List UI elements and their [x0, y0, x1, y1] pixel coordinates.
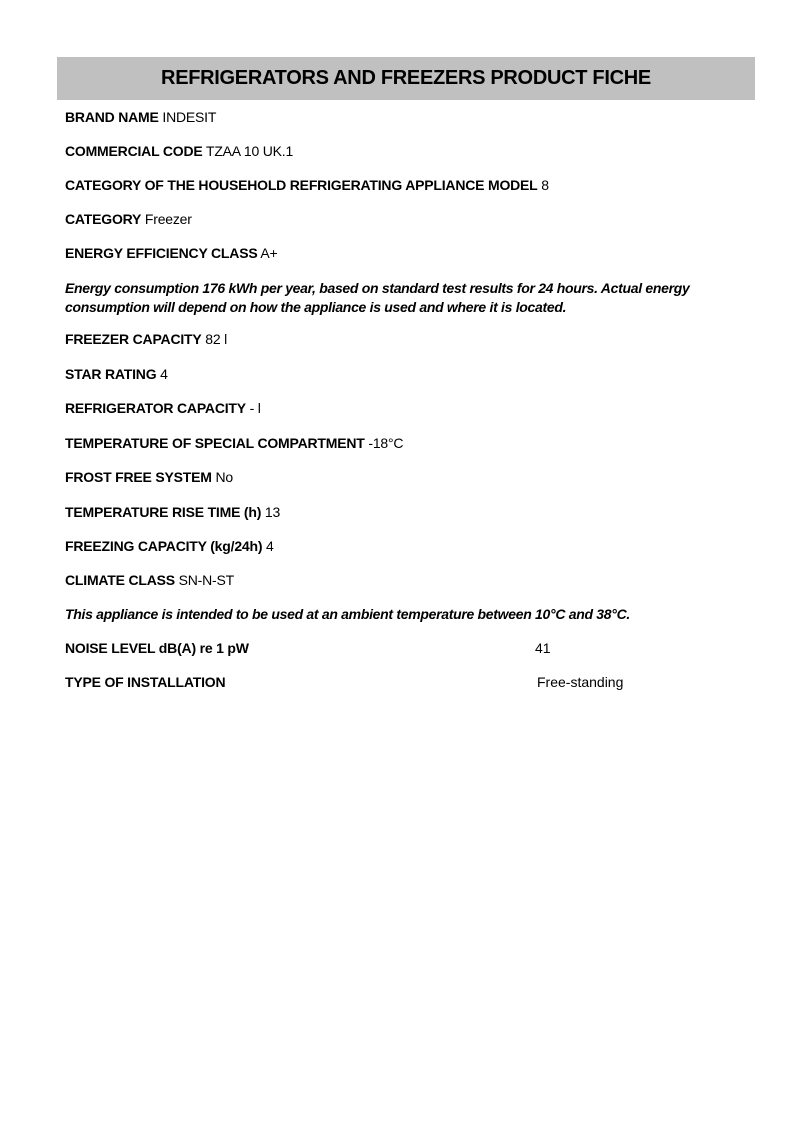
- page-title: REFRIGERATORS AND FREEZERS PRODUCT FICHE: [161, 67, 651, 90]
- field-label: FROST FREE SYSTEM: [65, 469, 212, 485]
- field-category: CATEGORY Freezer: [65, 211, 192, 227]
- field-label: TEMPERATURE OF SPECIAL COMPARTMENT: [65, 435, 365, 451]
- field-label: TEMPERATURE RISE TIME (h): [65, 504, 261, 520]
- field-label: CATEGORY: [65, 211, 141, 227]
- field-temperature-rise-time: TEMPERATURE RISE TIME (h) 13: [65, 504, 280, 520]
- field-frost-free-system: FROST FREE SYSTEM No: [65, 469, 233, 485]
- field-value: No: [215, 469, 233, 485]
- field-label: FREEZING CAPACITY (kg/24h): [65, 538, 262, 554]
- field-value: 13: [265, 504, 280, 520]
- field-freezing-capacity: FREEZING CAPACITY (kg/24h) 4: [65, 538, 274, 554]
- climate-note: This appliance is intended to be used at…: [65, 605, 755, 624]
- field-value: 4: [266, 538, 274, 554]
- field-value: -18°C: [368, 435, 403, 451]
- installation-type-value: Free-standing: [537, 674, 623, 690]
- field-label: CLIMATE CLASS: [65, 572, 175, 588]
- field-energy-efficiency-class: ENERGY EFFICIENCY CLASS A+: [65, 245, 278, 261]
- field-freezer-capacity: FREEZER CAPACITY 82 l: [65, 331, 227, 347]
- field-label: BRAND NAME: [65, 109, 159, 125]
- field-noise-level: NOISE LEVEL dB(A) re 1 pW: [65, 640, 249, 656]
- field-label: ENERGY EFFICIENCY CLASS: [65, 245, 257, 261]
- field-brand-name: BRAND NAME INDESIT: [65, 109, 216, 125]
- field-label: FREEZER CAPACITY: [65, 331, 202, 347]
- field-value: A+: [260, 245, 277, 261]
- fiche-header: REFRIGERATORS AND FREEZERS PRODUCT FICHE: [57, 57, 755, 100]
- field-label: TYPE OF INSTALLATION: [65, 674, 225, 690]
- field-value: 8: [541, 177, 549, 193]
- field-value: SN-N-ST: [179, 572, 234, 588]
- field-value: INDESIT: [162, 109, 216, 125]
- field-value: 82 l: [205, 331, 227, 347]
- field-label: STAR RATING: [65, 366, 156, 382]
- field-value: - l: [250, 400, 261, 416]
- field-type-of-installation: TYPE OF INSTALLATION: [65, 674, 225, 690]
- field-value: 4: [160, 366, 168, 382]
- field-climate-class: CLIMATE CLASS SN-N-ST: [65, 572, 234, 588]
- field-label: NOISE LEVEL dB(A) re 1 pW: [65, 640, 249, 656]
- field-appliance-category-model: CATEGORY OF THE HOUSEHOLD REFRIGERATING …: [65, 177, 549, 193]
- energy-consumption-note: Energy consumption 176 kWh per year, bas…: [65, 279, 755, 317]
- field-special-compartment-temp: TEMPERATURE OF SPECIAL COMPARTMENT -18°C: [65, 435, 403, 451]
- field-commercial-code: COMMERCIAL CODE TZAA 10 UK.1: [65, 143, 293, 159]
- noise-level-value: 41: [535, 640, 551, 656]
- field-value: Freezer: [145, 211, 192, 227]
- field-refrigerator-capacity: REFRIGERATOR CAPACITY - l: [65, 400, 261, 416]
- field-value: TZAA 10 UK.1: [206, 143, 293, 159]
- field-label: COMMERCIAL CODE: [65, 143, 203, 159]
- field-star-rating: STAR RATING 4: [65, 366, 168, 382]
- field-label: CATEGORY OF THE HOUSEHOLD REFRIGERATING …: [65, 177, 538, 193]
- field-label: REFRIGERATOR CAPACITY: [65, 400, 246, 416]
